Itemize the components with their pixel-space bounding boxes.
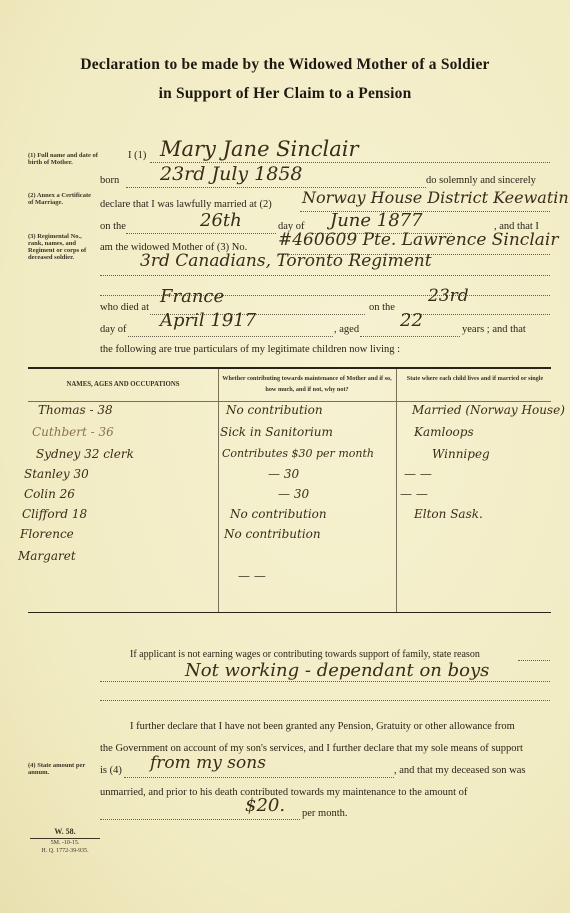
margin-note-1: (1) Full name and date of birth of Mothe…: [28, 152, 98, 166]
child-name-cell: Colin 26: [24, 487, 75, 501]
on-the2-label: on the: [369, 302, 395, 313]
child-name-cell: Thomas - 38: [38, 403, 113, 417]
soldier-dotline2: [100, 275, 550, 276]
age-dotline: [360, 336, 460, 337]
death-month-dotline: [128, 336, 333, 337]
marriage-place-field[interactable]: Norway House District Keewatin: [302, 188, 569, 207]
header-residence: State where each child lives and if marr…: [400, 373, 550, 384]
solemnly-label: do solemnly and sincerely: [426, 175, 536, 186]
day-of2-label: day of: [100, 324, 127, 335]
contribution-cell: Sick in Sanitorium: [220, 425, 333, 439]
column-divider: [218, 369, 219, 612]
amount-field[interactable]: $20.: [245, 795, 285, 816]
pension-declaration-form: Declaration to be made by the Widowed Mo…: [0, 0, 570, 913]
birth-date-field[interactable]: 23rd July 1858: [160, 163, 303, 185]
margin-note-4: (4) State amount per annum.: [28, 762, 98, 776]
header-names: NAMES, AGES AND OCCUPATIONS: [28, 379, 218, 390]
death-day-field[interactable]: 23rd: [428, 286, 469, 306]
footer-rule: [30, 838, 100, 839]
contribution-cell: — 30: [278, 487, 309, 501]
married-label: declare that I was lawfully married at (…: [100, 199, 272, 210]
residence-cell: — —: [400, 487, 428, 501]
marriage-day-field[interactable]: 26th: [200, 210, 242, 231]
margin-note-2: (2) Annex a Certificate of Marriage.: [28, 192, 98, 206]
i-label: I (1): [128, 150, 146, 161]
is-label: is (4): [100, 765, 122, 776]
form-title-line2: in Support of Her Claim to a Pension: [0, 85, 570, 103]
death-month-year-field[interactable]: April 1917: [160, 310, 256, 331]
residence-cell: Kamloops: [414, 425, 474, 439]
support-dotline: [124, 777, 394, 778]
reason-dotline0: [518, 660, 550, 661]
contribution-cell: No contribution: [230, 507, 327, 521]
marriage-month-year-field[interactable]: June 1877: [330, 210, 423, 231]
mother-name-field[interactable]: Mary Jane Sinclair: [160, 137, 359, 161]
child-name-cell: Cuthbert - 36: [32, 425, 114, 439]
support-means-field[interactable]: from my sons: [150, 753, 266, 773]
contribution-cell: — —: [238, 569, 266, 583]
residence-cell: Married (Norway House): [412, 403, 565, 417]
children-intro: the following are true particulars of my…: [100, 344, 400, 355]
soldier-line2-field[interactable]: 3rd Canadians, Toronto Regiment: [140, 251, 432, 271]
child-name-cell: Florence: [20, 527, 74, 541]
reason-field[interactable]: Not working - dependant on boys: [185, 660, 489, 681]
child-name-cell: Clifford 18: [22, 507, 87, 521]
died-at-label: who died at: [100, 302, 149, 313]
child-name-cell: Margaret: [18, 549, 76, 563]
contribution-cell: — 30: [268, 467, 299, 481]
reason-dotline2: [100, 700, 550, 701]
reason-dotline1: [100, 681, 550, 682]
contribution-cell: Contributes $30 per month: [222, 447, 374, 460]
day-dotline: [126, 233, 276, 234]
child-name-cell: Sydney 32 clerk: [36, 447, 134, 461]
reason-label: If applicant is not earning wages or con…: [130, 649, 480, 660]
amount-dotline: [100, 819, 300, 820]
children-table: NAMES, AGES AND OCCUPATIONS Whether cont…: [28, 367, 551, 613]
form-number: W. 58.: [30, 827, 100, 836]
contribution-cell: No contribution: [224, 527, 321, 541]
death-day-dotline: [402, 314, 550, 315]
header-contribution: Whether contributing towards maintenance…: [220, 373, 394, 395]
born-label: born: [100, 175, 119, 186]
soldier-line1-field[interactable]: #460609 Pte. Lawrence Sinclair: [278, 230, 558, 250]
print-code-1: 5M. -10-15.: [30, 840, 100, 846]
margin-note-3: (3) Regimental No., rank, names, and Reg…: [28, 233, 98, 261]
aged-label: , aged: [334, 324, 359, 335]
child-name-cell: Stanley 30: [24, 467, 89, 481]
years-label: years ; and that: [462, 324, 526, 335]
deceased-label: , and that my deceased son was: [394, 765, 526, 776]
header-divider: [28, 401, 551, 402]
residence-cell: Winnipeg: [432, 447, 490, 461]
per-month-label: per month.: [302, 808, 348, 819]
form-title-line1: Declaration to be made by the Widowed Mo…: [0, 56, 570, 74]
declaration-line1: I further declare that I have not been g…: [130, 721, 515, 732]
residence-cell: — —: [404, 467, 432, 481]
contribution-cell: No contribution: [226, 403, 323, 417]
on-the-label: on the: [100, 221, 126, 232]
column-divider: [396, 369, 397, 612]
age-field[interactable]: 22: [400, 310, 423, 331]
death-place-field[interactable]: France: [160, 286, 224, 307]
residence-cell: Elton Sask.: [414, 507, 483, 521]
print-code-2: H. Q. 1772-39-935.: [30, 848, 100, 854]
